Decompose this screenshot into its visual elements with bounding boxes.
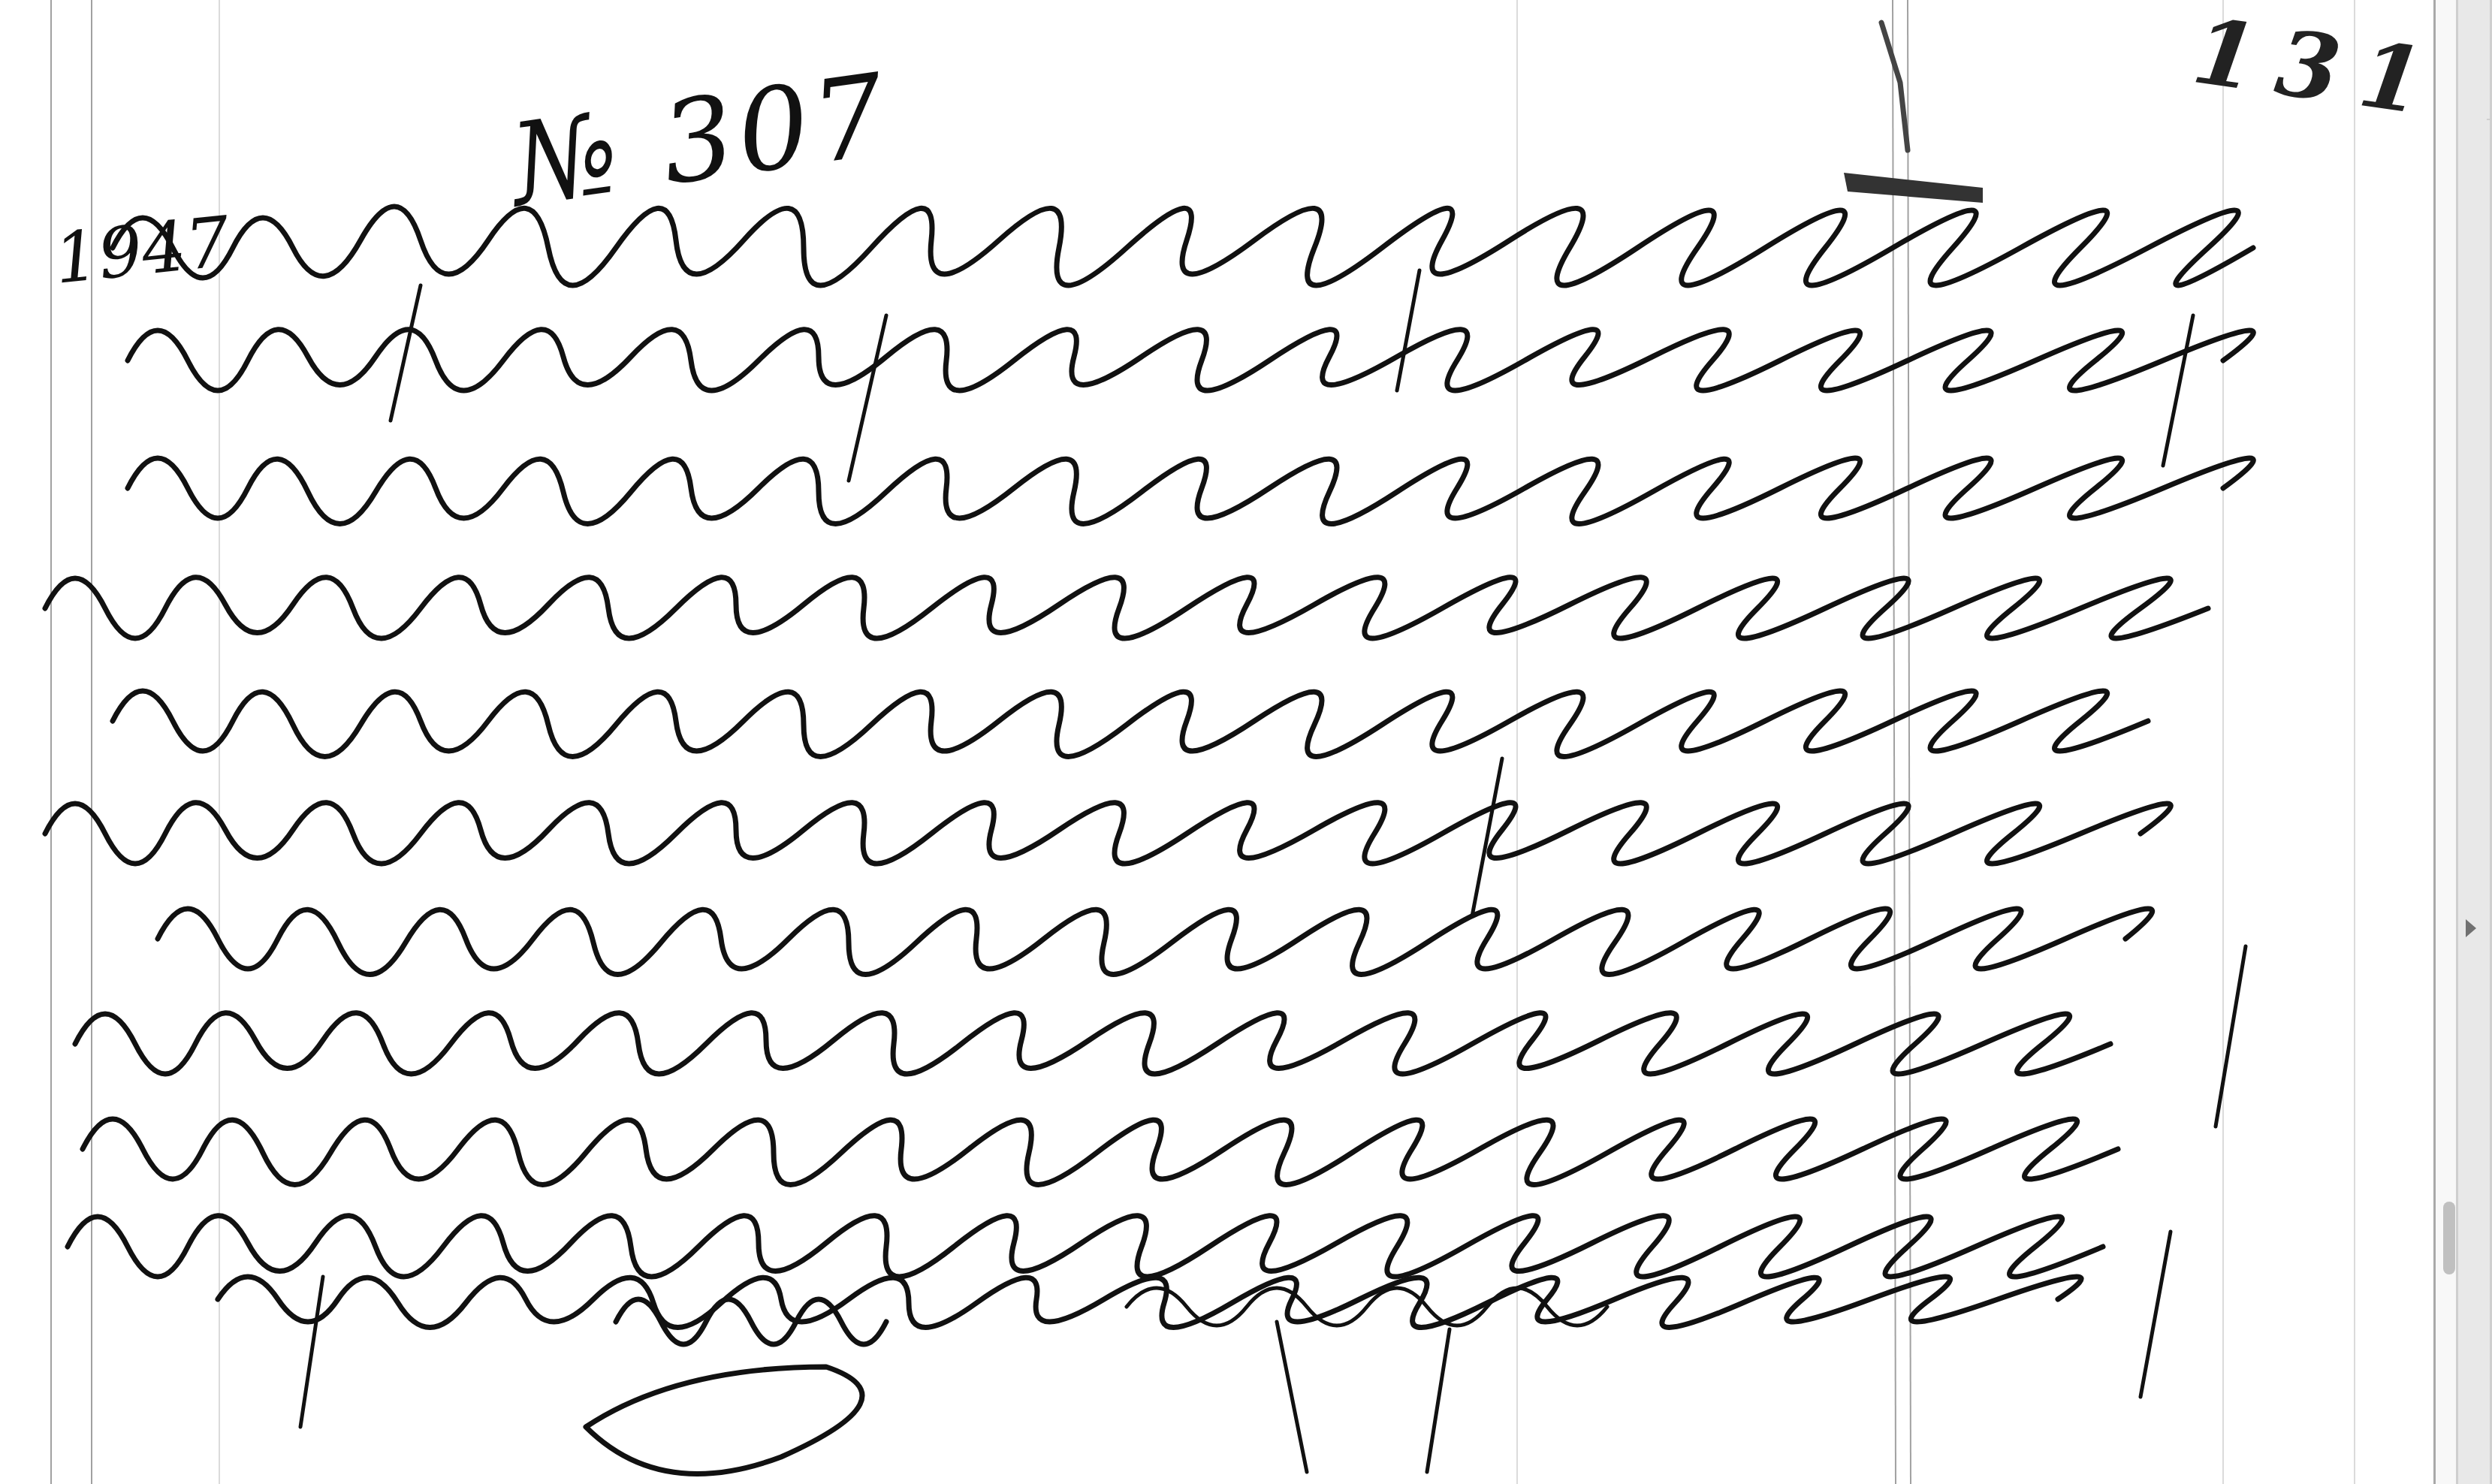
handwritten-line: [handwritten line 9] bbox=[75, 1119, 2328, 1181]
scrollbar-thumb[interactable] bbox=[2443, 1202, 2455, 1274]
document-viewer: № 307 131 1947 [handwritten line 1 — end… bbox=[0, 0, 2492, 1484]
collapsed-side-panel[interactable] bbox=[2458, 0, 2492, 1484]
handwritten-line: [handwritten line 1 — ends with year 194… bbox=[75, 218, 2328, 279]
handwritten-line: [handwritten line 7] bbox=[75, 909, 2328, 970]
handwritten-line: [handwritten line 3] bbox=[75, 458, 2328, 520]
signature-stamp: [circled signature / stamp] bbox=[75, 1427, 2328, 1484]
handwritten-line: [handwritten line 8] bbox=[75, 1014, 2328, 1075]
handwritten-line: [handwritten line 11] bbox=[75, 1277, 2328, 1338]
handwritten-line: [handwritten line 10] bbox=[75, 1217, 2328, 1278]
handwritten-line: [handwritten line 2] bbox=[75, 330, 2328, 392]
handwritten-line: [handwritten line 6] bbox=[75, 804, 2328, 865]
expand-panel-arrow-icon[interactable] bbox=[2466, 919, 2476, 937]
vertical-scrollbar[interactable] bbox=[2436, 0, 2458, 1484]
handwritten-line: [handwritten line 4] bbox=[75, 578, 2328, 640]
panel-divider bbox=[2487, 119, 2492, 120]
handwritten-line: [handwritten line 5] bbox=[75, 691, 2328, 753]
scanned-page: № 307 131 1947 [handwritten line 1 — end… bbox=[0, 0, 2433, 1484]
